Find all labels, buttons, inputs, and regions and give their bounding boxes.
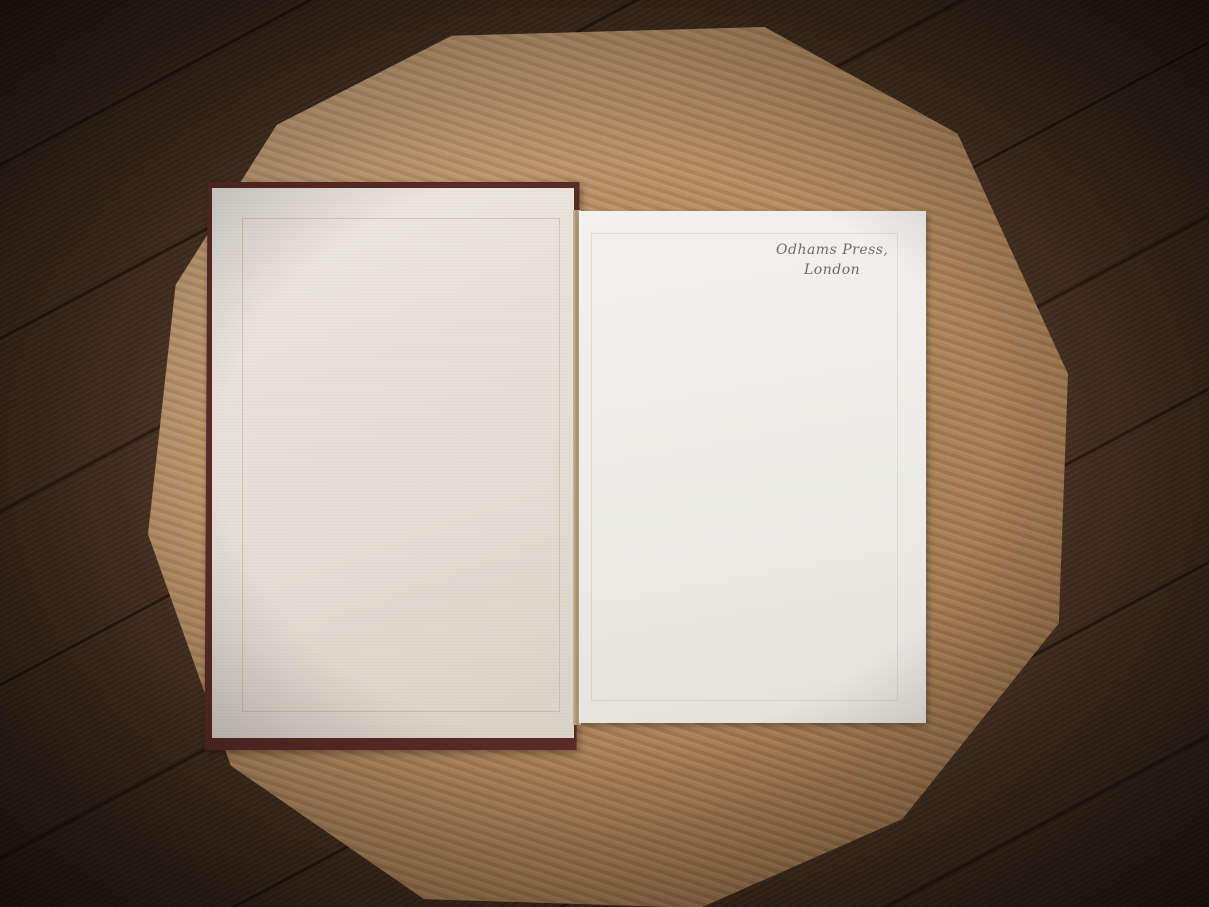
flyleaf-page (579, 211, 926, 723)
page-edge-impression (591, 233, 898, 701)
front-endpaper (212, 188, 574, 738)
inscription-line-1: Odhams Press, (776, 242, 888, 258)
pencil-inscription: Odhams Press, London (776, 240, 916, 280)
inscription-line-2: London (776, 260, 916, 280)
endpaper-turn-in-edge (242, 218, 560, 712)
